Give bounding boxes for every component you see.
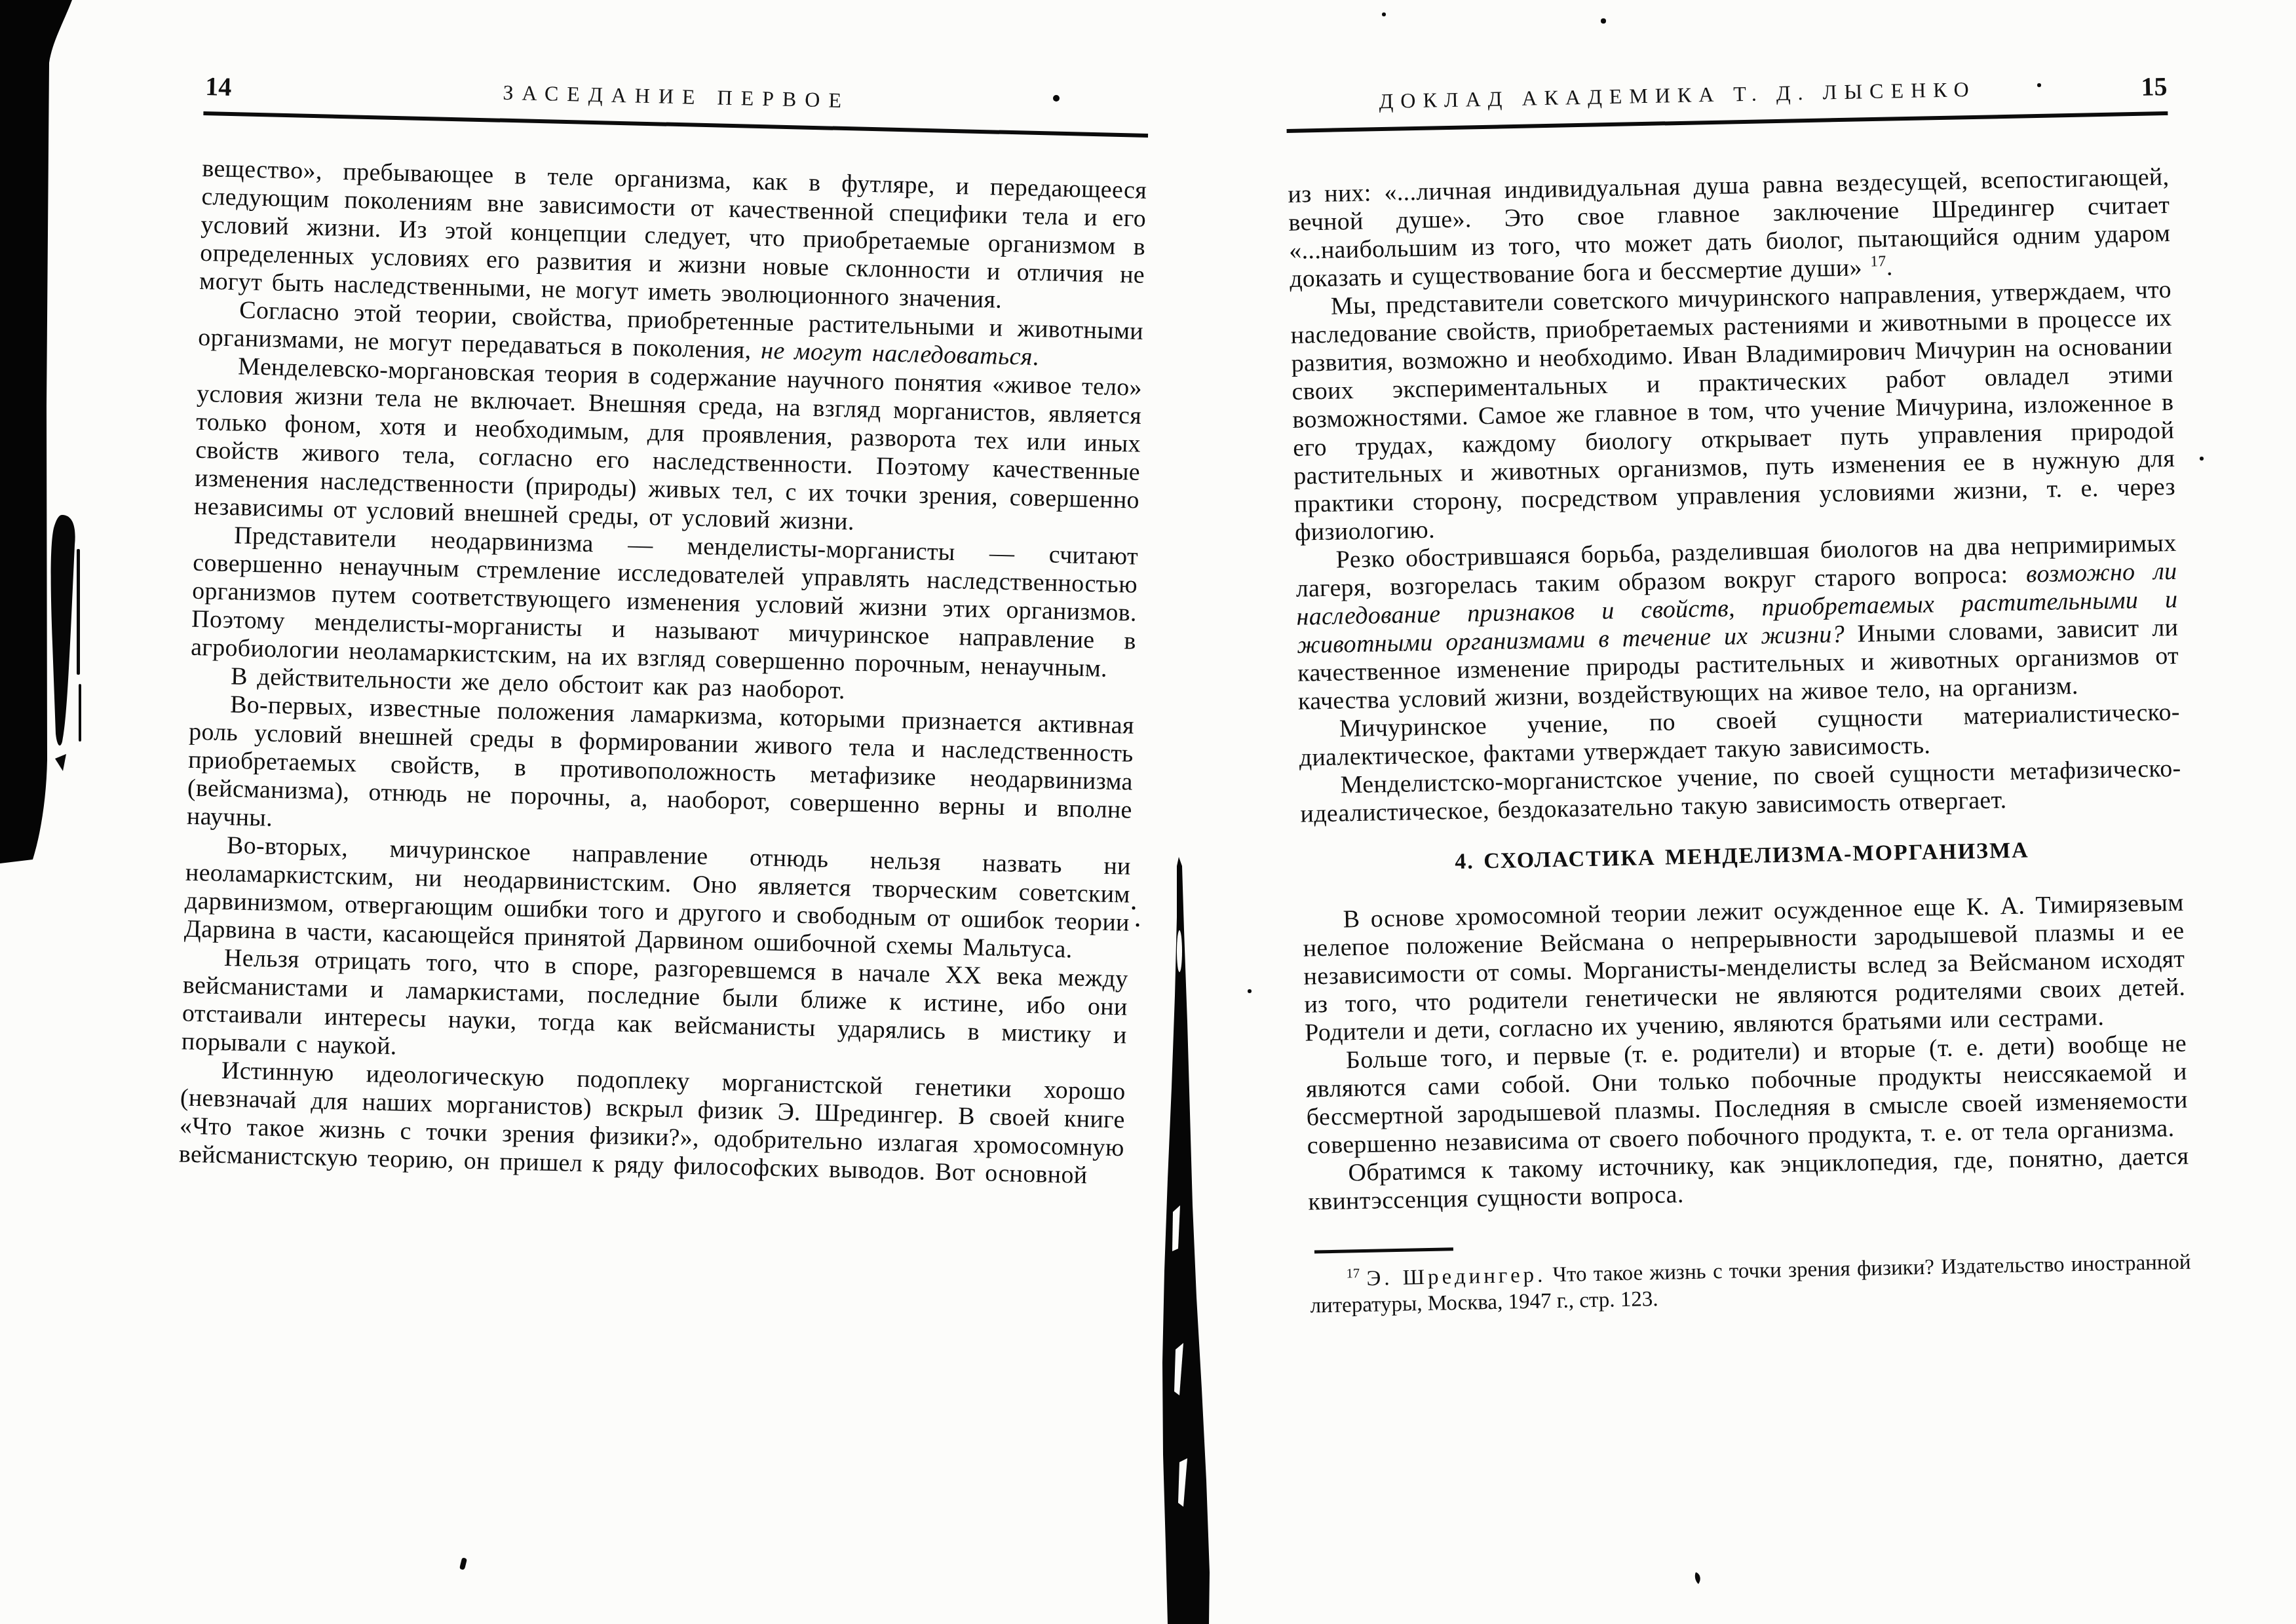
- scan-speck: [1382, 12, 1386, 16]
- scan-speck: [1132, 907, 1136, 910]
- scan-mark-triangle: [55, 754, 66, 771]
- scan-speck: [459, 1557, 467, 1570]
- scan-speck: [2200, 457, 2204, 461]
- scan-speck: [1601, 18, 1606, 24]
- scan-speck: [1248, 989, 1252, 993]
- scan-speck: [2037, 83, 2041, 87]
- scan-gutter-gap: [1177, 930, 1182, 972]
- scan-blob-pen: [51, 515, 75, 746]
- scan-hairline: [79, 684, 81, 742]
- scan-hairline: [77, 549, 80, 675]
- scan-speck: [1136, 924, 1139, 927]
- book-scan-spread: 14 ЗАСЕДАНИЕ ПЕРВОЕ вещество», пребывающ…: [0, 0, 2296, 1624]
- scan-artifacts: [0, 0, 2296, 1624]
- scan-speck: [1053, 95, 1060, 102]
- scan-speck: [1695, 1572, 1700, 1584]
- scan-gutter-streak: [1162, 857, 1210, 1624]
